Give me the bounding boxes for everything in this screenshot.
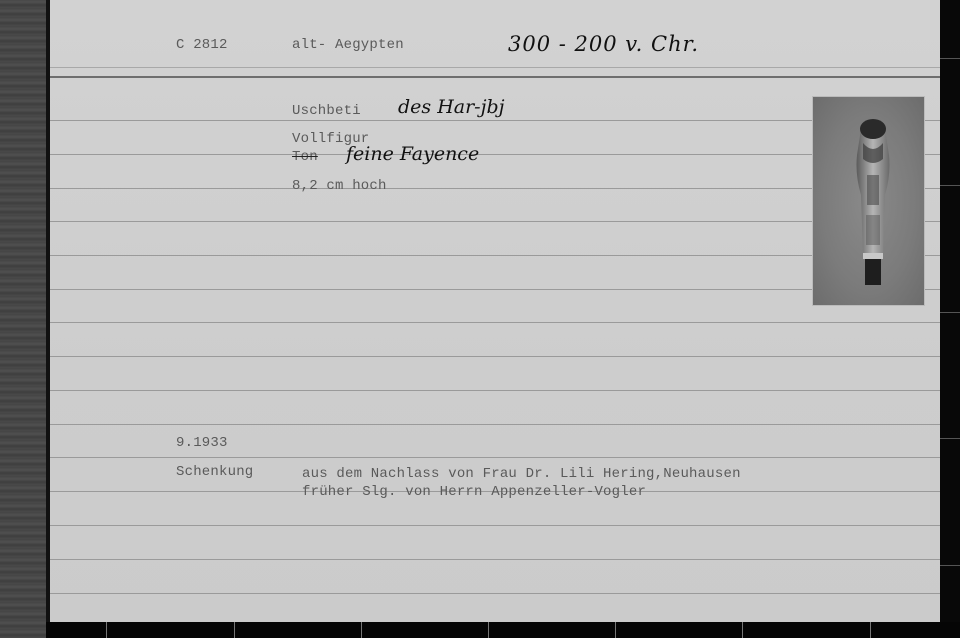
- date-range-handwritten: 300 - 200 v. Chr.: [508, 32, 699, 56]
- object-owner-handwritten: des Har-jbj: [398, 96, 505, 118]
- object-photo: [812, 96, 925, 306]
- ushabti-figure-icon: [851, 115, 895, 285]
- object-type: Uschbeti: [292, 103, 361, 119]
- material-handwritten: feine Fayence: [346, 143, 479, 165]
- scan-background-left: [0, 0, 50, 638]
- header-rule-heavy: [50, 76, 940, 78]
- header-rule-thin: [50, 67, 940, 68]
- acquisition-source-line1: aus dem Nachlass von Frau Dr. Lili Herin…: [302, 466, 741, 482]
- scan-background-bottom: [46, 622, 960, 638]
- culture-label: alt- Aegypten: [292, 37, 404, 53]
- acquisition-date: 9.1933: [176, 435, 228, 451]
- catalog-card: C 2812 alt- Aegypten 300 - 200 v. Chr. U…: [50, 0, 940, 622]
- acquisition-type: Schenkung: [176, 464, 253, 480]
- inventory-number: C 2812: [176, 37, 228, 53]
- scan-background-right: [940, 0, 960, 638]
- object-dimensions: 8,2 cm hoch: [292, 178, 387, 194]
- acquisition-source-line2: früher Slg. von Herrn Appenzeller-Vogler: [302, 484, 646, 500]
- material-struck: Ton: [292, 149, 318, 165]
